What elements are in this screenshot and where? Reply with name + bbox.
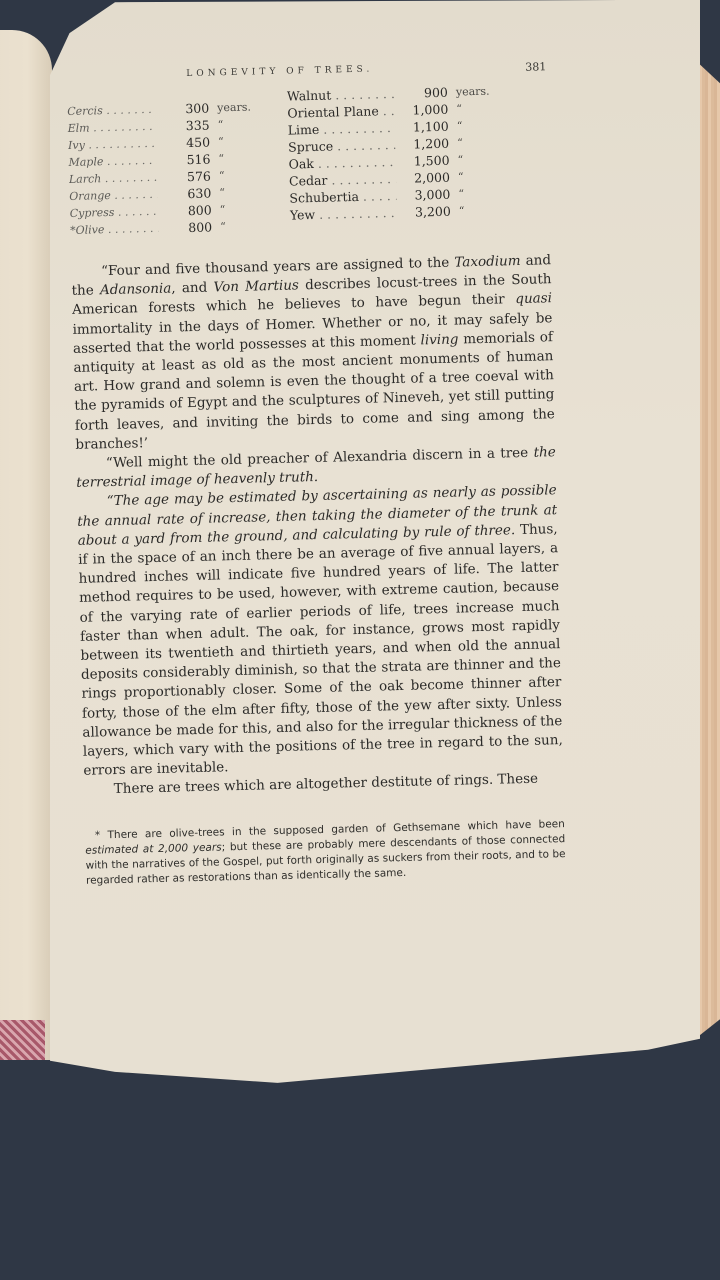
tree-name: Maple	[68, 152, 156, 171]
photo-scene: LONGEVITY OF TREES. 381 Cercis300years. …	[0, 0, 720, 1280]
footnote-olive: * There are olive-trees in the supposed …	[85, 817, 566, 889]
age-unit: “	[212, 217, 266, 235]
tree-age: 450	[156, 134, 210, 152]
tree-age: 3,000	[396, 186, 450, 204]
table-column-right: Walnut900years. Oriental Plane1,000“ Lim…	[287, 82, 506, 233]
text-run: Thus, if in the space of an inch there b…	[78, 521, 563, 779]
footnote: * There are olive-trees in the supposed …	[85, 817, 566, 889]
italic-run: Adansonia	[100, 281, 172, 299]
age-unit: “	[211, 183, 265, 201]
tree-name: Cypress	[70, 203, 158, 222]
table-row: *Olive800“	[70, 217, 266, 239]
tree-name: Cercis	[67, 101, 155, 120]
age-unit: “	[450, 184, 504, 202]
age-unit: “	[210, 132, 264, 150]
age-unit: “	[212, 200, 266, 218]
paragraph-age-estimation: “The age may be estimated by ascertainin…	[77, 482, 564, 782]
age-unit: “	[449, 116, 503, 134]
page-content: LONGEVITY OF TREES. 381 Cercis300years. …	[66, 48, 566, 888]
italic-run: quasi	[515, 291, 552, 308]
tree-name: *Olive	[70, 220, 158, 239]
running-title: LONGEVITY OF TREES.	[186, 64, 373, 82]
tree-age: 516	[156, 151, 210, 169]
age-unit: years.	[209, 98, 263, 116]
age-unit: “	[449, 150, 503, 168]
age-unit: “	[451, 201, 505, 219]
table-column-left: Cercis300years. Elm335“ Ivy450“ Maple516…	[67, 88, 267, 239]
tree-age: 300	[155, 100, 209, 118]
age-unit: “	[448, 99, 502, 117]
tree-age: 3,200	[397, 203, 451, 221]
text-run: , and	[171, 280, 214, 297]
tree-age: 335	[155, 117, 209, 135]
tree-age: 800	[158, 201, 212, 219]
running-head: LONGEVITY OF TREES. 381	[66, 60, 546, 85]
tree-age: 1,200	[395, 135, 449, 153]
age-unit: “	[211, 166, 265, 184]
age-unit: “	[209, 115, 263, 133]
tree-age: 576	[157, 167, 211, 185]
tree-name: Yew	[290, 204, 397, 224]
tree-age: 2,000	[396, 169, 450, 187]
text-run: ; but these are probably mere descendant…	[86, 833, 566, 887]
book-binding	[0, 1020, 45, 1060]
italic-run: Taxodium	[454, 253, 521, 271]
italic-run: “The age may be estimated by ascertainin…	[77, 483, 557, 549]
tree-name: Elm	[67, 118, 155, 137]
body-text: “Four and five thousand years are assign…	[71, 251, 564, 800]
italic-run: estimated at 2,000 years	[85, 841, 222, 856]
tree-age: 1,100	[395, 118, 449, 136]
age-unit: years.	[448, 82, 502, 100]
tree-age: 1,500	[395, 152, 449, 170]
tree-age: 800	[158, 218, 212, 236]
italic-run: Von Martius	[213, 278, 299, 296]
tree-name: Orange	[69, 186, 157, 205]
tree-age: 630	[157, 184, 211, 202]
age-unit: “	[449, 133, 503, 151]
left-page-edge	[0, 30, 52, 1060]
tree-age: 1,000	[394, 101, 448, 119]
tree-name: Larch	[69, 169, 157, 188]
tree-name: Ivy	[68, 135, 156, 154]
tree-age: 900	[394, 84, 448, 102]
age-unit: “	[210, 149, 264, 167]
paragraph-quote-ages: “Four and five thousand years are assign…	[71, 251, 556, 455]
longevity-table: Cercis300years. Elm335“ Ivy450“ Maple516…	[67, 81, 550, 239]
page-number: 381	[525, 60, 546, 74]
italic-run: living	[420, 331, 458, 348]
age-unit: “	[450, 167, 504, 185]
